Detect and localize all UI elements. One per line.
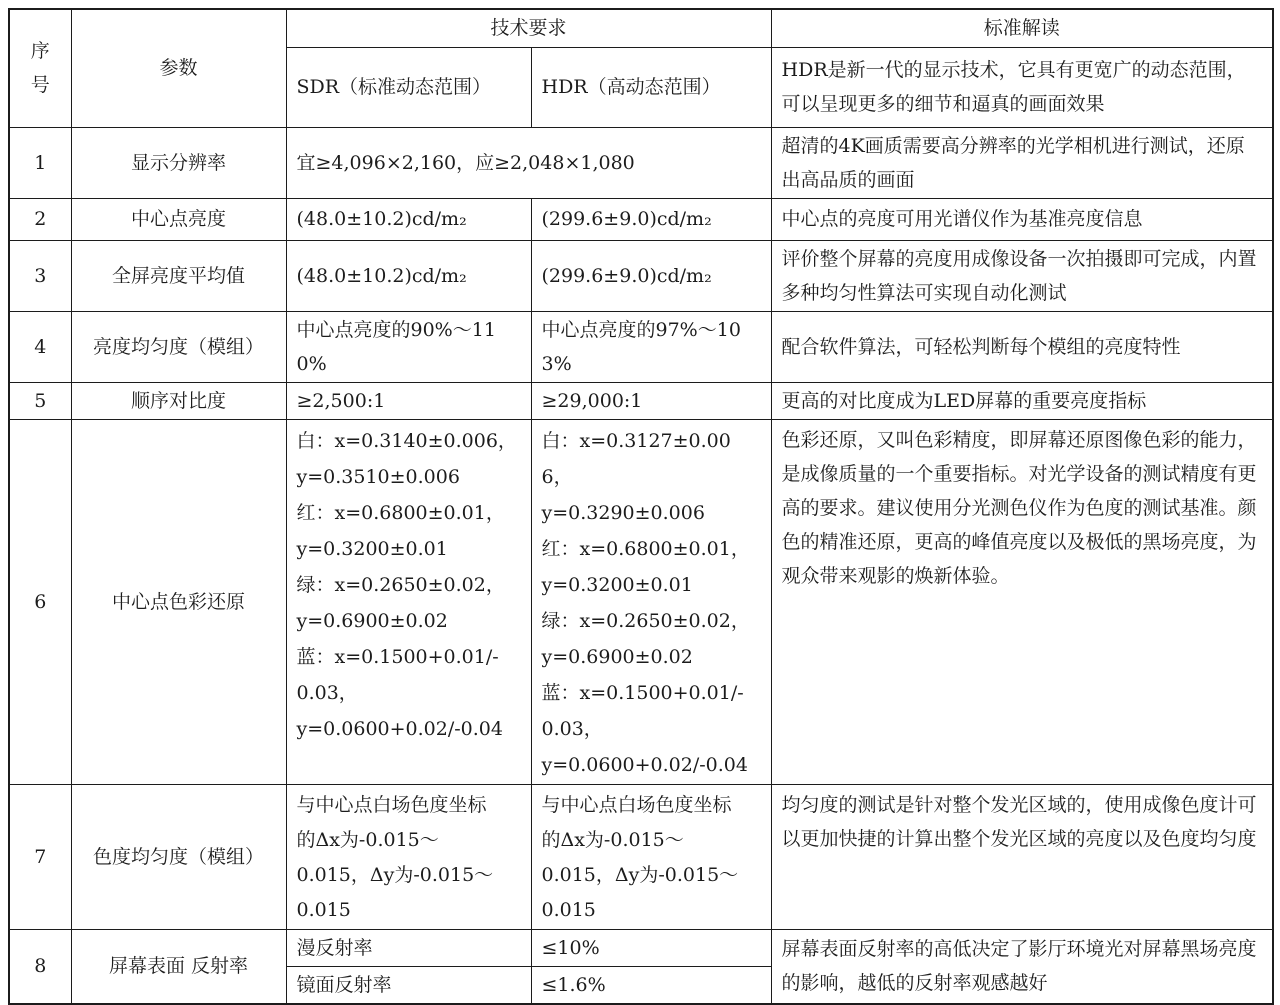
row-number: 6 [9, 419, 71, 784]
header-parameter: 参数 [71, 9, 286, 127]
header-standard-interpretation: 标准解读 [771, 9, 1273, 47]
param-center-luminance: 中心点亮度 [71, 198, 286, 240]
note-fullscreen-luminance: 评价整个屏幕的亮度用成像设备一次拍摄即可完成，内置多种均匀性算法可实现自动化测试 [771, 240, 1273, 311]
header-serial-number: 序 号 [9, 9, 71, 127]
note-center-luminance: 中心点的亮度可用光谱仪作为基准亮度信息 [771, 198, 1273, 240]
hdr-center-luminance: (299.6±9.0)cd/m₂ [531, 198, 771, 240]
row-number: 4 [9, 311, 71, 382]
sdr-luminance-uniformity: 中心点亮度的90%～110% [286, 311, 531, 382]
header-hdr: HDR（高动态范围） [531, 47, 771, 127]
spec-table-container: 序 号 参数 技术要求 标准解读 SDR（标准动态范围） HDR（高动态范围） … [8, 8, 1272, 1005]
header-technical-requirements: 技术要求 [286, 9, 771, 47]
sdr-fullscreen-luminance: (48.0±10.2)cd/m₂ [286, 240, 531, 311]
note-sequential-contrast: 更高的对比度成为LED屏幕的重要亮度指标 [771, 382, 1273, 419]
hdr-luminance-uniformity: 中心点亮度的97%～103% [531, 311, 771, 382]
param-fullscreen-luminance: 全屏亮度平均值 [71, 240, 286, 311]
row-number: 2 [9, 198, 71, 240]
header-interpretation-note: HDR是新一代的显示技术，它具有更宽广的动态范围，可以呈现更多的细节和逼真的画面… [771, 47, 1273, 127]
note-luminance-uniformity: 配合软件算法，可轻松判断每个模组的亮度特性 [771, 311, 1273, 382]
display-spec-table: 序 号 参数 技术要求 标准解读 SDR（标准动态范围） HDR（高动态范围） … [8, 8, 1274, 1005]
row-number: 3 [9, 240, 71, 311]
sdr-sequential-contrast: ≥2,500:1 [286, 382, 531, 419]
param-color-reproduction: 中心点色彩还原 [71, 419, 286, 784]
note-chromaticity-uniformity: 均匀度的测试是针对整个发光区域的，使用成像色度计可以更加快捷的计算出整个发光区域… [771, 784, 1273, 929]
header-sdr: SDR（标准动态范围） [286, 47, 531, 127]
label-diffuse-reflectance: 漫反射率 [286, 929, 531, 966]
row-number: 8 [9, 929, 71, 1004]
row-number: 5 [9, 382, 71, 419]
sdr-chromaticity-uniformity: 与中心点白场色度坐标 的Δx为-0.015～ 0.015，Δy为-0.015～ … [286, 784, 531, 929]
label-specular-reflectance: 镜面反射率 [286, 966, 531, 1004]
sdr-color-reproduction: 白：x=0.3140±0.006， y=0.3510±0.006 红：x=0.6… [286, 419, 531, 784]
param-sequential-contrast: 顺序对比度 [71, 382, 286, 419]
note-display-resolution: 超清的4K画质需要高分辨率的光学相机进行测试，还原出高品质的画面 [771, 127, 1273, 198]
param-surface-reflectance: 屏幕表面 反射率 [71, 929, 286, 1004]
param-luminance-uniformity: 亮度均匀度（模组） [71, 311, 286, 382]
note-surface-reflectance: 屏幕表面反射率的高低决定了影厅环境光对屏幕黑场亮度的影响，越低的反射率观感越好 [771, 929, 1273, 1004]
param-chromaticity-uniformity: 色度均匀度（模组） [71, 784, 286, 929]
note-color-reproduction: 色彩还原，又叫色彩精度，即屏幕还原图像色彩的能力，是成像质量的一个重要指标。对光… [771, 419, 1273, 784]
hdr-color-reproduction: 白：x=0.3127±0.006， y=0.3290±0.006 红：x=0.6… [531, 419, 771, 784]
row-number: 7 [9, 784, 71, 929]
hdr-sequential-contrast: ≥29,000:1 [531, 382, 771, 419]
value-diffuse-reflectance: ≤10% [531, 929, 771, 966]
param-display-resolution: 显示分辨率 [71, 127, 286, 198]
hdr-fullscreen-luminance: (299.6±9.0)cd/m₂ [531, 240, 771, 311]
sdr-center-luminance: (48.0±10.2)cd/m₂ [286, 198, 531, 240]
hdr-chromaticity-uniformity: 与中心点白场色度坐标 的Δx为-0.015～ 0.015，Δy为-0.015～ … [531, 784, 771, 929]
row-number: 1 [9, 127, 71, 198]
value-display-resolution: 宜≥4,096×2,160，应≥2,048×1,080 [286, 127, 771, 198]
value-specular-reflectance: ≤1.6% [531, 966, 771, 1004]
